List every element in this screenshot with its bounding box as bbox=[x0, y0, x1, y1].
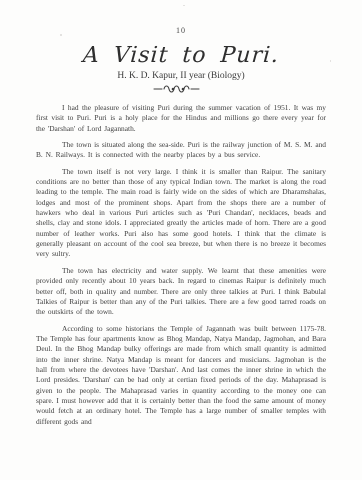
author-byline: H. K. D. Kapur, II year (Biology) bbox=[36, 71, 326, 81]
paragraph-4: The town has electricity and water suppl… bbox=[36, 266, 326, 318]
page-number: 10 bbox=[36, 26, 326, 35]
article-title: A Visit to Puri. bbox=[35, 43, 327, 68]
paragraph-5: According to some historians the Temple … bbox=[36, 324, 326, 427]
article-body: I had the pleasure of visiting Puri duri… bbox=[36, 103, 326, 427]
flourish-divider-icon bbox=[36, 84, 326, 94]
scan-speck bbox=[60, 34, 62, 36]
scan-speck bbox=[183, 5, 185, 6]
paragraph-2: The town is situated along the sea-side.… bbox=[36, 140, 326, 161]
scan-speck bbox=[330, 60, 331, 62]
paragraph-1: I had the pleasure of visiting Puri duri… bbox=[36, 103, 326, 134]
scanned-document-page: 10 A Visit to Puri. H. K. D. Kapur, II y… bbox=[0, 0, 362, 480]
paragraph-3: The town itself is not very large. I thi… bbox=[36, 167, 326, 260]
